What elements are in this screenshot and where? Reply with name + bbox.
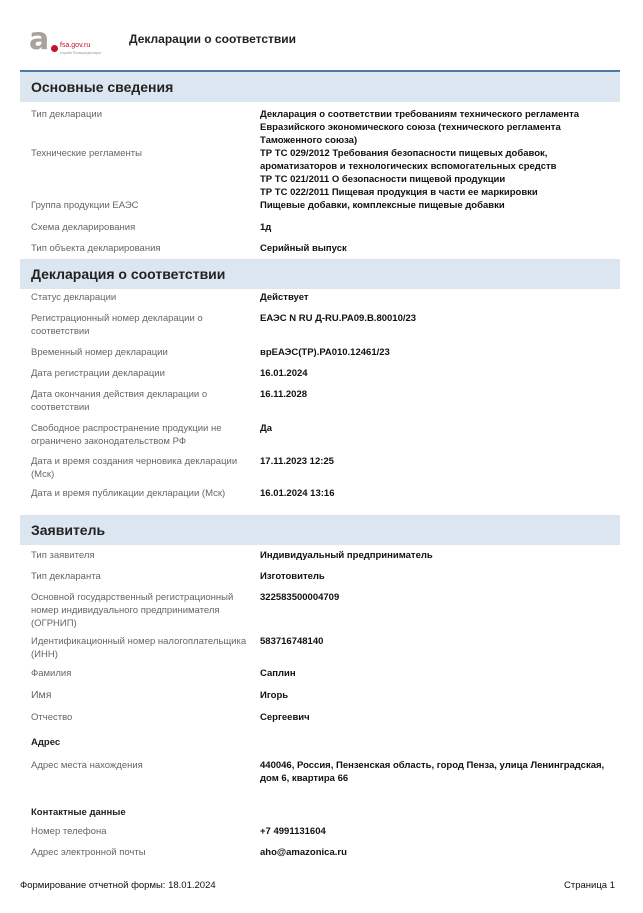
fsa-logo[interactable]: a fsa.gov.ru служба Росаккредитации [29,28,99,56]
field-label: Регистрационный номер декларации о соотв… [20,312,260,346]
field-label: Статус декларации [20,291,260,312]
field-value: врЕАЭС(ТР).РА010.12461/23 [260,346,620,367]
field-label: Тип декларации [20,108,260,147]
row-object-type: Тип объекта декларирования Серийный выпу… [20,242,620,259]
regulation-line: ТР ТС 022/2011 Пищевая продукция в части… [260,186,620,199]
field-value: Декларация о соответствии требованиям те… [260,108,620,147]
email-link[interactable]: aho@amazonica.ru [260,846,620,867]
field-label: Дата и время публикации декларации (Мск) [20,487,260,509]
field-label: Свободное распространение продукции не о… [20,422,260,455]
row-free-distribution: Свободное распространение продукции не о… [20,422,620,455]
row-surname: Фамилия Саплин [20,667,620,689]
row-address: Адрес места нахождения 440046, Россия, П… [20,759,620,807]
address-subheading: Адрес [20,737,620,759]
field-label: Отчество [20,711,260,737]
row-publish-date: Дата и время публикации декларации (Мск)… [20,487,620,509]
field-value: Серийный выпуск [260,242,620,259]
field-value: 16.01.2024 [260,367,620,388]
field-label: Дата окончания действия декларации о соо… [20,388,260,422]
field-label: Тип объекта декларирования [20,242,260,259]
logo-a-icon: a [29,28,49,52]
field-value: Да [260,422,620,455]
field-label: Адрес места нахождения [20,759,260,807]
field-label: Тип заявителя [20,549,260,570]
row-end-date: Дата окончания действия декларации о соо… [20,388,620,422]
field-value: 583716748140 [260,635,620,667]
report-content: Основные сведения Тип декларации Деклара… [20,70,620,867]
row-declarant-type: Тип декларанта Изготовитель [20,570,620,591]
row-email: Адрес электронной почты aho@amazonica.ru [20,846,620,867]
field-value: ЕАЭС N RU Д-RU.РА09.В.80010/23 [260,312,620,346]
phone-value: +7 4991131604 [260,825,620,846]
row-product-group: Группа продукции ЕАЭС Пищевые добавки, к… [20,199,620,221]
field-value: Саплин [260,667,620,689]
field-value: 440046, Россия, Пензенская область, горо… [260,759,620,807]
report-generated-date: Формирование отчетной формы: 18.01.2024 [20,880,216,891]
row-name: Имя Игорь [20,689,620,711]
field-value: 16.01.2024 13:16 [260,487,620,509]
logo-dot-icon [51,45,58,52]
regulation-line: ТР ТС 021/2011 О безопасности пищевой пр… [260,173,620,186]
document-title: Декларации о соответствии [129,32,296,46]
field-label: Временный номер декларации [20,346,260,367]
row-reg-number: Регистрационный номер декларации о соотв… [20,312,620,346]
field-value: Игорь [260,689,620,711]
row-draft-date: Дата и время создания черновика декларац… [20,455,620,487]
field-label: Схема декларирования [20,221,260,242]
row-patronymic: Отчество Сергеевич [20,711,620,737]
field-label: Фамилия [20,667,260,689]
row-ogrnip: Основной государственный регистрационный… [20,591,620,635]
field-value: ТР ТС 029/2012 Требования безопасности п… [260,147,620,199]
row-temp-number: Временный номер декларации врЕАЭС(ТР).РА… [20,346,620,367]
row-applicant-type: Тип заявителя Индивидуальный предпринима… [20,549,620,570]
field-value: Сергеевич [260,711,620,737]
row-status: Статус декларации Действует [20,291,620,312]
row-phone: Номер телефона +7 4991131604 [20,825,620,846]
section-basic-title: Основные сведения [20,70,620,102]
field-label: Имя [20,689,260,711]
field-value: 322583500004709 [260,591,620,635]
contacts-subheading: Контактные данные [20,807,620,825]
field-value: 17.11.2023 12:25 [260,455,620,487]
regulation-line: ТР ТС 029/2012 Требования безопасности п… [260,147,620,173]
page-number: Страница 1 [564,880,615,891]
logo-subtitle: служба Росаккредитации [60,51,101,55]
field-value: Пищевые добавки, комплексные пищевые доб… [260,199,620,221]
field-value: 16.11.2028 [260,388,620,422]
row-inn: Идентификационный номер налогоплательщик… [20,635,620,667]
field-label: Номер телефона [20,825,260,846]
field-value: 1д [260,221,620,242]
field-label: Дата регистрации декларации [20,367,260,388]
field-label: Основной государственный регистрационный… [20,591,260,635]
row-tech-regulations: Технические регламенты ТР ТС 029/2012 Тр… [20,147,620,199]
logo-site-text: fsa.gov.ru [60,42,90,49]
field-value: Изготовитель [260,570,620,591]
field-label: Идентификационный номер налогоплательщик… [20,635,260,667]
field-label: Адрес электронной почты [20,846,260,867]
row-scheme: Схема декларирования 1д [20,221,620,242]
section-applicant-title: Заявитель [20,515,620,545]
status-badge: Действует [260,291,620,312]
row-declaration-type: Тип декларации Декларация о соответствии… [20,108,620,147]
page-header: a fsa.gov.ru служба Росаккредитации Декл… [0,0,643,70]
field-label: Группа продукции ЕАЭС [20,199,260,221]
field-label: Тип декларанта [20,570,260,591]
section-declaration-title: Декларация о соответствии [20,259,620,289]
field-value: Индивидуальный предприниматель [260,549,620,570]
row-reg-date: Дата регистрации декларации 16.01.2024 [20,367,620,388]
field-label: Дата и время создания черновика декларац… [20,455,260,487]
field-label: Технические регламенты [20,147,260,199]
